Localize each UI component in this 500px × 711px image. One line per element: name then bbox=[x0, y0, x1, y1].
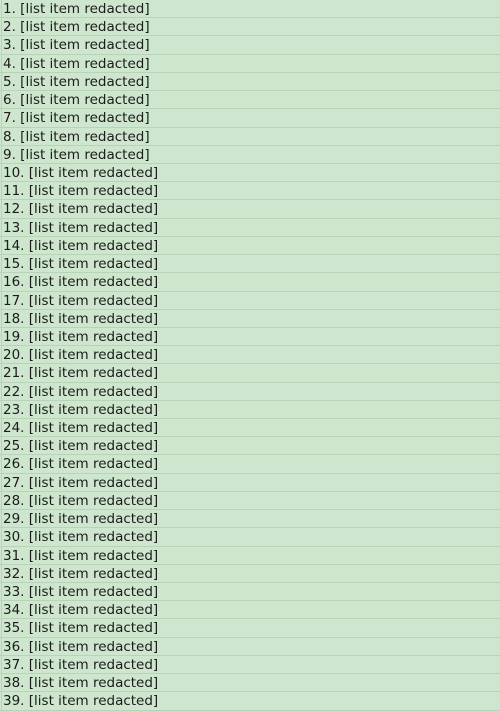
list-row[interactable]: 19. [list item redacted] bbox=[0, 328, 500, 346]
list-row[interactable]: 34. [list item redacted] bbox=[0, 601, 500, 619]
list-row[interactable]: 9. [list item redacted] bbox=[0, 146, 500, 164]
list-row[interactable]: 32. [list item redacted] bbox=[0, 565, 500, 583]
list-row[interactable]: 6. [list item redacted] bbox=[0, 91, 500, 109]
list-row[interactable]: 8. [list item redacted] bbox=[0, 128, 500, 146]
list-row[interactable]: 31. [list item redacted] bbox=[0, 547, 500, 565]
list-row[interactable]: 20. [list item redacted] bbox=[0, 346, 500, 364]
list-row[interactable]: 7. [list item redacted] bbox=[0, 109, 500, 127]
list-row[interactable]: 13. [list item redacted] bbox=[0, 219, 500, 237]
list-row[interactable]: 35. [list item redacted] bbox=[0, 619, 500, 637]
list-row[interactable]: 14. [list item redacted] bbox=[0, 237, 500, 255]
list-row[interactable]: 11. [list item redacted] bbox=[0, 182, 500, 200]
list-row[interactable]: 37. [list item redacted] bbox=[0, 656, 500, 674]
list-row[interactable]: 36. [list item redacted] bbox=[0, 638, 500, 656]
list-row[interactable]: 5. [list item redacted] bbox=[0, 73, 500, 91]
list-row[interactable]: 1. [list item redacted] bbox=[0, 0, 500, 18]
list-row[interactable]: 15. [list item redacted] bbox=[0, 255, 500, 273]
list-row[interactable]: 26. [list item redacted] bbox=[0, 455, 500, 473]
list-row[interactable]: 10. [list item redacted] bbox=[0, 164, 500, 182]
list-row[interactable]: 17. [list item redacted] bbox=[0, 292, 500, 310]
list-row[interactable]: 4. [list item redacted] bbox=[0, 55, 500, 73]
list-row[interactable]: 38. [list item redacted] bbox=[0, 674, 500, 692]
spreadsheet-list: 1. [list item redacted]2. [list item red… bbox=[0, 0, 500, 711]
list-row[interactable]: 22. [list item redacted] bbox=[0, 383, 500, 401]
list-row[interactable]: 30. [list item redacted] bbox=[0, 528, 500, 546]
list-row[interactable]: 18. [list item redacted] bbox=[0, 310, 500, 328]
list-row[interactable]: 25. [list item redacted] bbox=[0, 437, 500, 455]
list-row[interactable]: 23. [list item redacted] bbox=[0, 401, 500, 419]
list-row[interactable]: 21. [list item redacted] bbox=[0, 364, 500, 382]
list-row[interactable]: 28. [list item redacted] bbox=[0, 492, 500, 510]
column-gridline bbox=[1, 0, 2, 711]
list-row[interactable]: 16. [list item redacted] bbox=[0, 273, 500, 291]
list-row[interactable]: 39. [list item redacted] bbox=[0, 692, 500, 710]
list-row[interactable]: 27. [list item redacted] bbox=[0, 474, 500, 492]
list-row[interactable]: 12. [list item redacted] bbox=[0, 200, 500, 218]
list-row[interactable]: 24. [list item redacted] bbox=[0, 419, 500, 437]
list-row[interactable]: 2. [list item redacted] bbox=[0, 18, 500, 36]
list-row[interactable]: 33. [list item redacted] bbox=[0, 583, 500, 601]
list-row[interactable]: 29. [list item redacted] bbox=[0, 510, 500, 528]
list-row[interactable]: 3. [list item redacted] bbox=[0, 36, 500, 54]
